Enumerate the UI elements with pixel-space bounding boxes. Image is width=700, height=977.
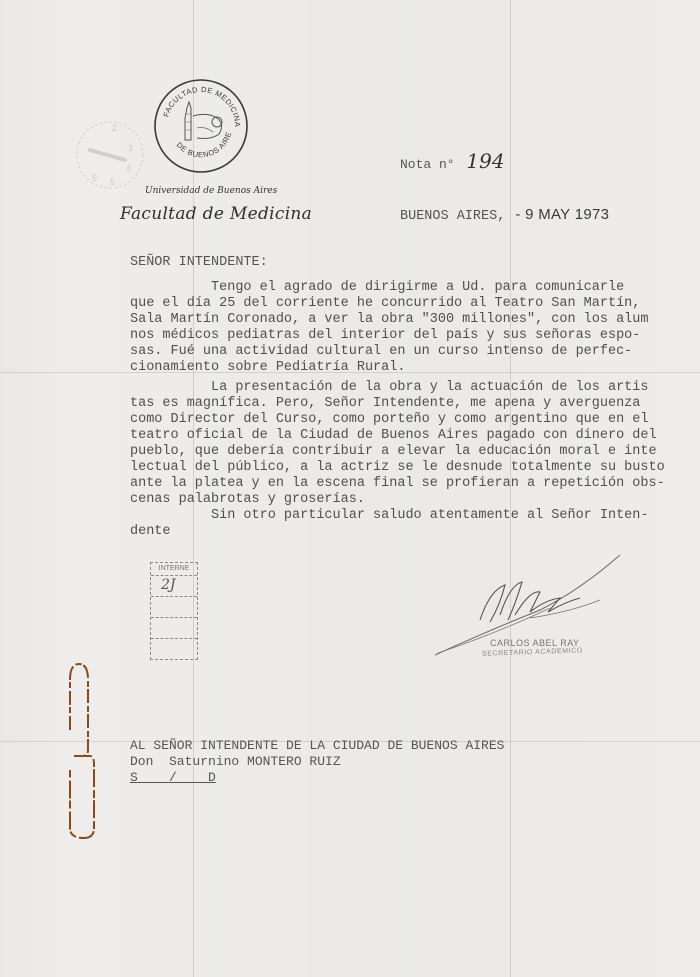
faculty-seal-icon: FACULTAD DE MEDICINA DE BUENOS AIRES <box>153 78 249 174</box>
date-stamp: - 9 MAY 1973 <box>515 206 609 223</box>
svg-text:5: 5 <box>110 177 115 187</box>
svg-text:6: 6 <box>92 173 97 183</box>
interne-routing-stamp: INTERNE 2J <box>150 562 198 660</box>
university-name: Universidad de Buenos Aires <box>145 186 277 196</box>
paperclip-rust-stain-icon <box>62 660 96 840</box>
interne-row <box>151 639 197 659</box>
interne-header: INTERNE <box>151 563 197 576</box>
body-paragraph-1: Tengo el agrado de dirigirme a Ud. para … <box>130 280 690 376</box>
interne-initials: 2J <box>161 577 176 593</box>
body-paragraph-closing: Sin otro particular saludo atentamente a… <box>130 508 690 540</box>
interne-row: 2J <box>151 576 197 597</box>
signatory-name: CARLOS ABEL RAY <box>490 638 580 648</box>
svg-text:2: 2 <box>112 123 117 133</box>
dateline: BUENOS AIRES,- 9 MAY 1973 <box>400 206 609 224</box>
faded-clock-stamp-icon: 2 3 4 5 6 <box>70 115 150 195</box>
note-number-handwritten: 194 <box>466 149 504 173</box>
svg-text:3: 3 <box>128 143 133 153</box>
faculty-name: Facultad de Medicina <box>120 204 312 224</box>
addressee-line-3: S / D <box>130 770 504 786</box>
body-paragraph-2: La presentación de la obra y la actuació… <box>130 380 690 508</box>
salutation: SEÑOR INTENDENTE: <box>130 255 268 270</box>
note-label: Nota n° <box>400 157 455 172</box>
city: BUENOS AIRES, <box>400 209 505 224</box>
addressee-line-2: Don Saturnino MONTERO RUIZ <box>130 754 504 770</box>
svg-text:4: 4 <box>126 163 131 173</box>
note-reference: Nota n° 194 <box>400 149 505 173</box>
interne-row <box>151 597 197 618</box>
addressee-line-1: AL SEÑOR INTENDENTE DE LA CIUDAD DE BUEN… <box>130 738 504 754</box>
addressee-block: AL SEÑOR INTENDENTE DE LA CIUDAD DE BUEN… <box>130 738 504 786</box>
interne-row <box>151 618 197 639</box>
